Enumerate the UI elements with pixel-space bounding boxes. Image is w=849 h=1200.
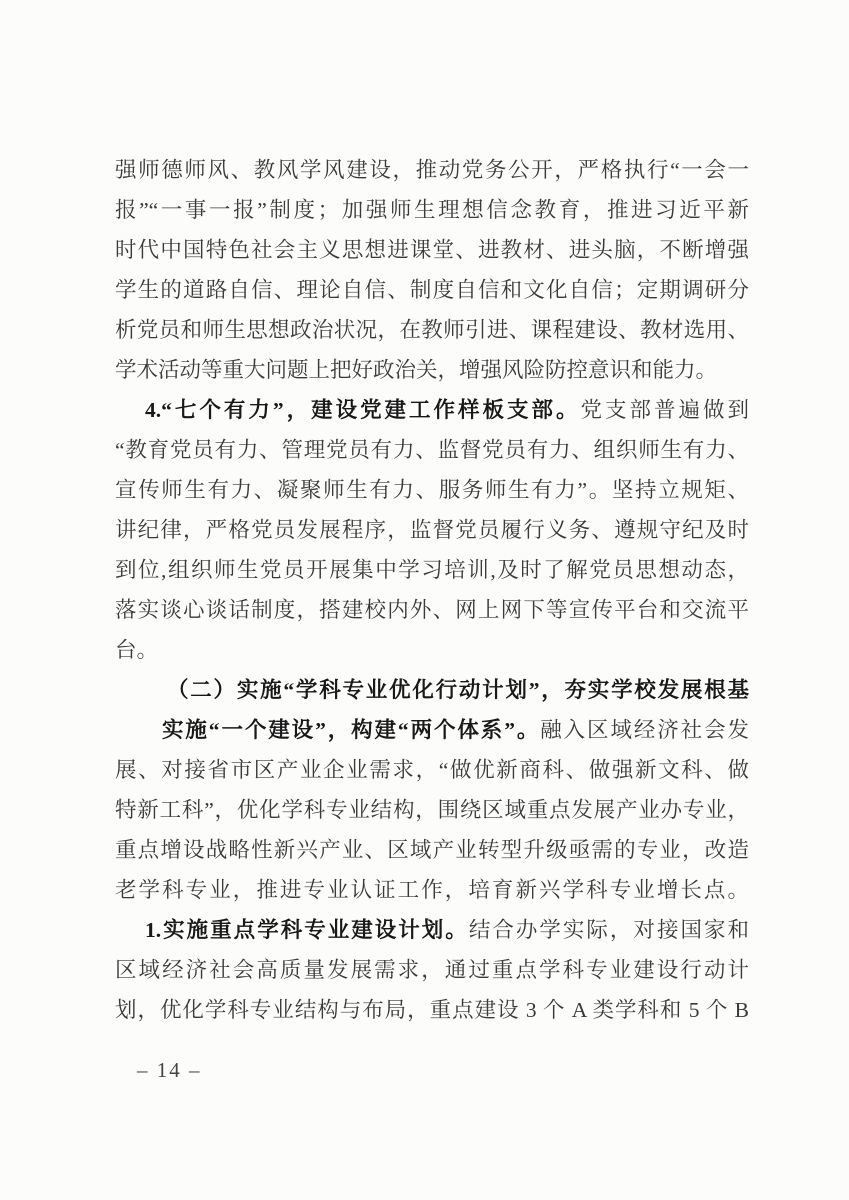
text-line: 展、对接省市区产业企业需求，“做优新商科、做强新文科、做 bbox=[115, 750, 749, 790]
lead-rest-text: 结合办学实际，对接国家和 bbox=[469, 918, 749, 942]
lead-rest-text: 党支部普遍做到 bbox=[581, 398, 749, 422]
text-line: 台。 bbox=[115, 630, 749, 670]
text-line: “教育党员有力、管理党员有力、监督党员有力、组织师生有力、 bbox=[115, 430, 749, 470]
text-line: 时代中国特色社会主义思想进课堂、进教材、进头脑，不断增强 bbox=[115, 230, 749, 270]
lead-rest-text: 融入区域经济社会发 bbox=[540, 718, 749, 742]
text-line: 划，优化学科专业结构与布局，重点建设 3 个 A 类学科和 5 个 B bbox=[115, 990, 749, 1030]
paragraph-lead-line: 1.实施重点学科专业建设计划。结合办学实际，对接国家和 bbox=[115, 910, 749, 950]
text-line: 区域经济社会高质量发展需求，通过重点学科专业建设行动计 bbox=[115, 950, 749, 990]
page-number: – 14 – bbox=[137, 1058, 202, 1083]
text-line: 学术活动等重大问题上把好政治关，增强风险防控意识和能力。 bbox=[115, 350, 749, 390]
paragraph-lead-line: 4.“七个有力”，建设党建工作样板支部。党支部普遍做到 bbox=[115, 390, 749, 430]
text-line: 析党员和师生思想政治状况，在教师引进、课程建设、教材选用、 bbox=[115, 310, 749, 350]
document-body: 强师德师风、教风学风建设，推动党务公开，严格执行“一会一 报”“一事一报”制度；… bbox=[115, 150, 749, 1030]
text-line: 重点增设战略性新兴产业、区域产业转型升级亟需的专业，改造 bbox=[115, 830, 749, 870]
section-heading-line: （二）实施“学科专业优化行动计划”，夯实学校发展根基 bbox=[115, 670, 749, 710]
bold-lead-text: 4.“七个有力”，建设党建工作样板支部。 bbox=[145, 398, 581, 422]
paragraph-lead-line: 实施“一个建设”，构建“两个体系”。融入区域经济社会发 bbox=[115, 710, 749, 750]
text-line: 强师德师风、教风学风建设，推动党务公开，严格执行“一会一 bbox=[115, 150, 749, 190]
text-line: 宣传师生有力、凝聚师生有力、服务师生有力”。坚持立规矩、 bbox=[115, 470, 749, 510]
bold-lead-text: 1.实施重点学科专业建设计划。 bbox=[145, 918, 469, 942]
text-line: 到位,组织师生党员开展集中学习培训,及时了解党员思想动态， bbox=[115, 550, 749, 590]
document-page: 强师德师风、教风学风建设，推动党务公开，严格执行“一会一 报”“一事一报”制度；… bbox=[0, 0, 849, 1200]
text-line: 落实谈心谈话制度，搭建校内外、网上网下等宣传平台和交流平 bbox=[115, 590, 749, 630]
text-line: 报”“一事一报”制度；加强师生理想信念教育，推进习近平新 bbox=[115, 190, 749, 230]
text-line: 讲纪律，严格党员发展程序，监督党员履行义务、遵规守纪及时 bbox=[115, 510, 749, 550]
text-line: 学生的道路自信、理论自信、制度自信和文化自信；定期调研分 bbox=[115, 270, 749, 310]
bold-lead-text: 实施“一个建设”，构建“两个体系”。 bbox=[162, 718, 540, 742]
text-line: 特新工科”，优化学科专业结构，围绕区域重点发展产业办专业， bbox=[115, 790, 749, 830]
text-line: 老学科专业，推进专业认证工作，培育新兴学科专业增长点。 bbox=[115, 870, 749, 910]
